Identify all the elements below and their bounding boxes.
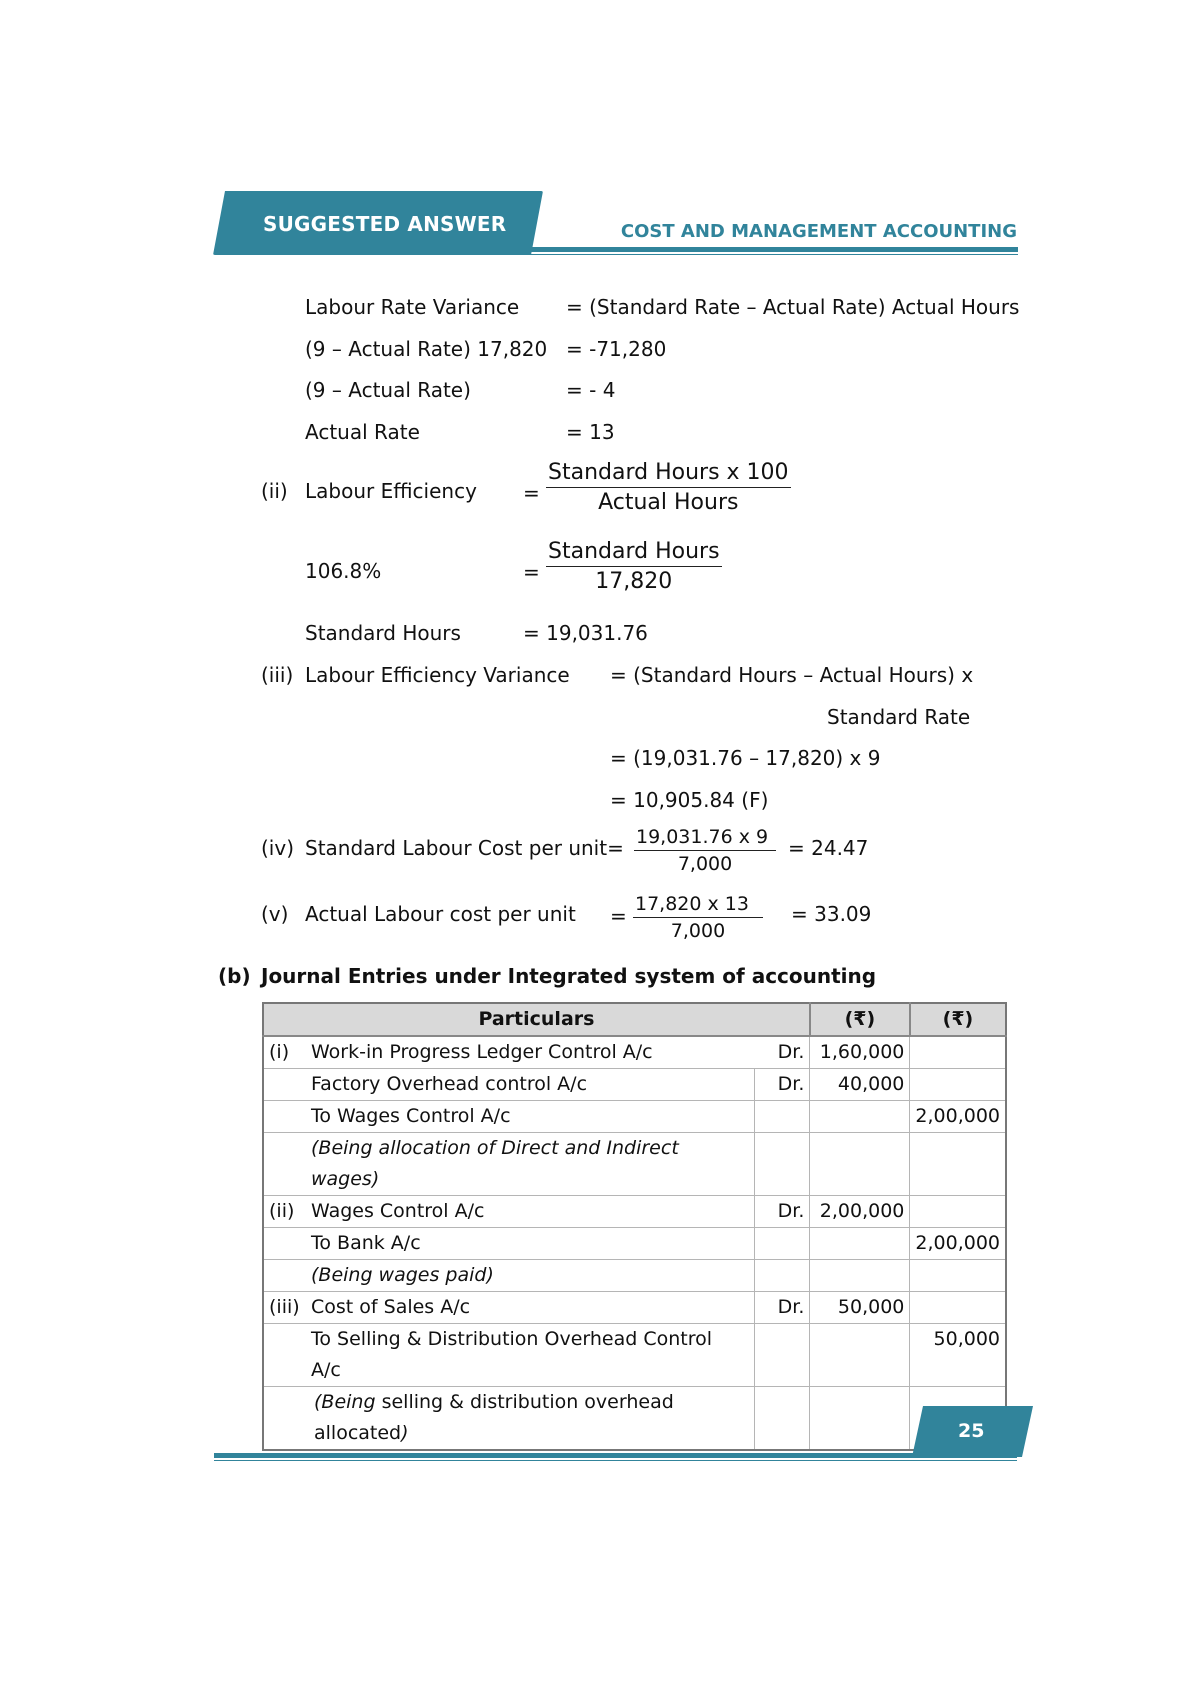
numerator: 17,820 x 13 [633, 893, 763, 918]
narration-italic: (Being [314, 1391, 376, 1413]
entry-credit [910, 1260, 1006, 1292]
working-label: (9 – Actual Rate) 17,820 [305, 337, 547, 361]
section-heading: Journal Entries under Integrated system … [261, 964, 876, 988]
entry-dr: Dr. [755, 1196, 810, 1228]
entry-particulars: To Bank A/c [306, 1228, 755, 1260]
entry-dr: Dr. [755, 1292, 810, 1324]
entry-dr [755, 1387, 810, 1451]
entry-credit [910, 1292, 1006, 1324]
working-label: Labour Efficiency [305, 479, 477, 503]
numerator: 19,031.76 x 9 [634, 826, 776, 851]
item-number: (v) [261, 902, 288, 926]
entry-ref [263, 1260, 306, 1292]
entry-dr [755, 1324, 810, 1387]
table-row: (ii) Wages Control A/c Dr. 2,00,000 [263, 1196, 1006, 1228]
item-number: (iii) [261, 663, 293, 687]
entry-particulars: To Wages Control A/c [306, 1101, 755, 1133]
entry-ref [263, 1101, 306, 1133]
entry-credit [910, 1133, 1006, 1196]
working-value: Standard Rate [827, 705, 970, 729]
entry-dr [755, 1260, 810, 1292]
entry-narration: (Being wages paid) [306, 1260, 755, 1292]
entry-debit [810, 1228, 910, 1260]
working-label: Standard Labour Cost per unit= [305, 836, 624, 860]
table-row: (i) Work-in Progress Ledger Control A/c … [263, 1036, 1006, 1069]
footer-rule-thin [214, 1460, 1017, 1461]
table-row: (Being selling & distribution overhead a… [263, 1387, 1006, 1451]
entry-particulars: To Selling & Distribution Overhead Contr… [306, 1324, 755, 1387]
entry-credit: 50,000 [910, 1324, 1006, 1387]
working-label: Actual Rate [305, 420, 420, 444]
working-value: = 10,905.84 (F) [610, 788, 768, 812]
entry-ref: (ii) [263, 1196, 306, 1228]
working-label: Standard Hours [305, 621, 461, 645]
entry-particulars: Work-in Progress Ledger Control A/c [306, 1036, 755, 1069]
entry-debit [810, 1324, 910, 1387]
entry-ref: (iii) [263, 1292, 306, 1324]
denominator: Actual Hours [546, 488, 791, 515]
entry-particulars: Factory Overhead control A/c [306, 1069, 755, 1101]
entry-debit [810, 1260, 910, 1292]
entry-narration: (Being selling & distribution overhead a… [306, 1387, 755, 1451]
section-tab-label: SUGGESTED ANSWER [263, 212, 506, 236]
table-row: Factory Overhead control A/c Dr. 40,000 [263, 1069, 1006, 1101]
entry-debit: 1,60,000 [810, 1036, 910, 1069]
entry-debit: 40,000 [810, 1069, 910, 1101]
entry-dr: Dr. [755, 1036, 810, 1069]
numerator: Standard Hours x 100 [546, 460, 791, 488]
working-label: Labour Rate Variance [305, 295, 519, 319]
table-row: To Selling & Distribution Overhead Contr… [263, 1324, 1006, 1387]
entry-ref [263, 1387, 306, 1451]
working-value: = 19,031.76 [523, 621, 648, 645]
table-row: (Being allocation of Direct and Indirect… [263, 1133, 1006, 1196]
fraction: Standard Hours x 100 Actual Hours [546, 460, 791, 515]
entry-credit [910, 1196, 1006, 1228]
working-label: Labour Efficiency Variance [305, 663, 570, 687]
entry-ref [263, 1133, 306, 1196]
working-label: (9 – Actual Rate) [305, 378, 471, 402]
working-value: = (Standard Rate – Actual Rate) Actual H… [566, 295, 1019, 319]
table-row: (iii) Cost of Sales A/c Dr. 50,000 [263, 1292, 1006, 1324]
fraction: 17,820 x 13 7,000 [633, 893, 763, 942]
header-rule-thin [530, 254, 1018, 255]
book-title: COST AND MANAGEMENT ACCOUNTING [621, 221, 1017, 242]
denominator: 7,000 [633, 918, 763, 942]
entry-ref [263, 1228, 306, 1260]
page-number: 25 [958, 1420, 984, 1442]
entry-credit [910, 1069, 1006, 1101]
column-header-credit: (₹) [910, 1003, 1006, 1036]
table-row: To Bank A/c 2,00,000 [263, 1228, 1006, 1260]
footer-rule [214, 1453, 1017, 1458]
working-value: = -71,280 [566, 337, 666, 361]
entry-dr: Dr. [755, 1069, 810, 1101]
entry-particulars: Cost of Sales A/c [306, 1292, 755, 1324]
entry-debit [810, 1133, 910, 1196]
table-row: (Being wages paid) [263, 1260, 1006, 1292]
working-result: = 24.47 [788, 836, 868, 860]
entry-ref [263, 1069, 306, 1101]
header-rule [530, 247, 1018, 252]
entry-ref [263, 1324, 306, 1387]
column-header-particulars: Particulars [263, 1003, 810, 1036]
equals-sign: = [610, 904, 627, 928]
entry-debit: 50,000 [810, 1292, 910, 1324]
entry-particulars: Wages Control A/c [306, 1196, 755, 1228]
working-value: = - 4 [566, 378, 615, 402]
equals-sign: = [523, 481, 540, 505]
entry-ref: (i) [263, 1036, 306, 1069]
working-label: 106.8% [305, 559, 381, 583]
working-value: = (19,031.76 – 17,820) x 9 [610, 746, 880, 770]
narration-close: ) [401, 1422, 408, 1444]
entry-debit: 2,00,000 [810, 1196, 910, 1228]
denominator: 7,000 [634, 851, 776, 875]
item-number: (iv) [261, 836, 294, 860]
table-row: To Wages Control A/c 2,00,000 [263, 1101, 1006, 1133]
entry-credit: 2,00,000 [910, 1101, 1006, 1133]
working-value: = 13 [566, 420, 615, 444]
item-number: (ii) [261, 479, 288, 503]
working-result: = 33.09 [791, 902, 871, 926]
entry-dr [755, 1228, 810, 1260]
working-label: Actual Labour cost per unit [305, 902, 576, 926]
table-header-row: Particulars (₹) (₹) [263, 1003, 1006, 1036]
journal-table: Particulars (₹) (₹) (i) Work-in Progress… [262, 1002, 1007, 1451]
working-value: = (Standard Hours – Actual Hours) x [610, 663, 973, 687]
entry-credit [910, 1036, 1006, 1069]
numerator: Standard Hours [546, 539, 722, 567]
fraction: Standard Hours 17,820 [546, 539, 722, 594]
entry-narration: (Being allocation of Direct and Indirect… [306, 1133, 755, 1196]
entry-debit [810, 1387, 910, 1451]
entry-dr [755, 1101, 810, 1133]
entry-credit: 2,00,000 [910, 1228, 1006, 1260]
entry-debit [810, 1101, 910, 1133]
column-header-debit: (₹) [810, 1003, 910, 1036]
fraction: 19,031.76 x 9 7,000 [634, 826, 776, 875]
equals-sign: = [523, 560, 540, 584]
section-number: (b) [218, 964, 251, 988]
denominator: 17,820 [546, 567, 722, 594]
entry-dr [755, 1133, 810, 1196]
